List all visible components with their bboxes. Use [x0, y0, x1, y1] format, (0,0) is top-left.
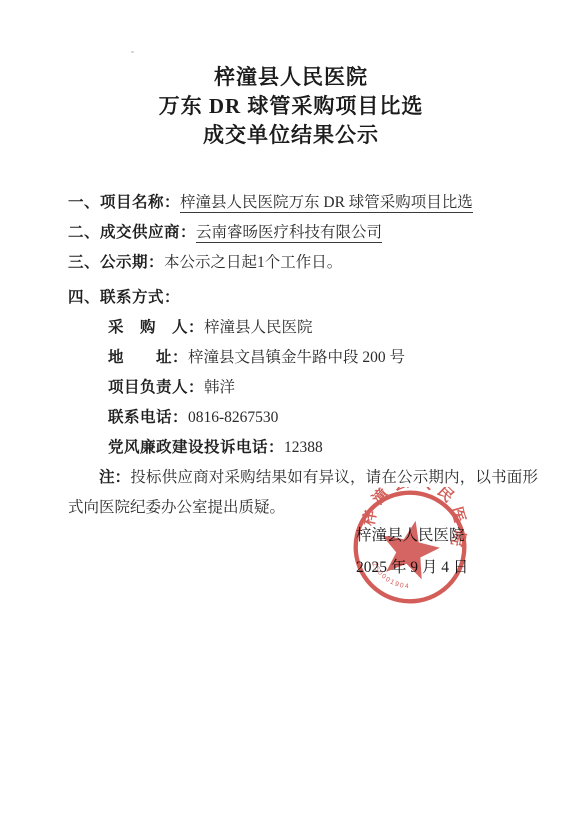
announcement-page: 梓潼县人民医院 万东 DR 球管采购项目比选 成交单位结果公示 一、项目名称：梓…	[0, 0, 582, 823]
contact-label: 党风廉政建设投诉电话：	[108, 439, 284, 456]
section-label: 三、公示期：	[68, 254, 164, 271]
contact-value: 韩洋	[204, 379, 235, 396]
section-contact-info: 四、联系方式：	[68, 283, 538, 313]
section-label: 四、联系方式：	[68, 289, 180, 306]
note-text: 投标供应商对采购结果如有异议，请在公示期内，以书面形式向医院纪委办公室提出质疑。	[68, 469, 538, 516]
contact-label: 地 址：	[108, 349, 188, 366]
section-publicity-period: 三、公示期：本公示之日起1个工作日。	[68, 248, 538, 278]
contact-address: 地 址：梓潼县文昌镇金牛路中段 200 号	[68, 343, 538, 373]
section-label: 一、项目名称：	[68, 194, 180, 211]
contact-purchaser: 采 购 人：梓潼县人民医院	[68, 313, 538, 343]
note-label: 注：	[99, 469, 130, 486]
contact-label: 联系电话：	[108, 409, 188, 426]
section-value: 云南睿旸医疗科技有限公司	[196, 224, 382, 243]
contact-value: 梓潼县文昌镇金牛路中段 200 号	[188, 349, 405, 366]
section-value: 本公示之日起1个工作日。	[164, 254, 342, 271]
contact-value: 梓潼县人民医院	[204, 319, 313, 336]
contact-phone: 联系电话：0816-8267530	[68, 403, 538, 433]
contact-value: 12388	[284, 439, 323, 456]
section-project-name: 一、项目名称：梓潼县人民医院万东 DR 球管采购项目比选	[68, 188, 538, 218]
section-value: 梓潼县人民医院万东 DR 球管采购项目比选	[180, 194, 473, 213]
contact-project-lead: 项目负责人：韩洋	[68, 373, 538, 403]
note-paragraph: 注：投标供应商对采购结果如有异议，请在公示期内，以书面形式向医院纪委办公室提出质…	[68, 463, 538, 523]
signature-org: 梓潼县人民医院	[356, 520, 468, 552]
section-winning-supplier: 二、成交供应商：云南睿旸医疗科技有限公司	[68, 218, 538, 248]
scan-speck	[131, 51, 134, 53]
title-line-2: 万东 DR 球管采购项目比选	[0, 92, 582, 121]
document-body: 一、项目名称：梓潼县人民医院万东 DR 球管采购项目比选 二、成交供应商：云南睿…	[68, 188, 538, 523]
contact-label: 采 购 人：	[108, 319, 204, 336]
contact-value: 0816-8267530	[188, 409, 278, 426]
signature-block: 梓潼县人民医院 2025 年 9 月 4 日	[356, 520, 468, 584]
title-line-3: 成交单位结果公示	[0, 121, 582, 150]
signature-date: 2025 年 9 月 4 日	[356, 552, 468, 584]
contact-label: 项目负责人：	[108, 379, 204, 396]
section-label: 二、成交供应商：	[68, 224, 196, 241]
contact-complaint-hotline: 党风廉政建设投诉电话：12388	[68, 433, 538, 463]
document-title: 梓潼县人民医院 万东 DR 球管采购项目比选 成交单位结果公示	[0, 63, 582, 150]
title-line-1: 梓潼县人民医院	[0, 63, 582, 92]
